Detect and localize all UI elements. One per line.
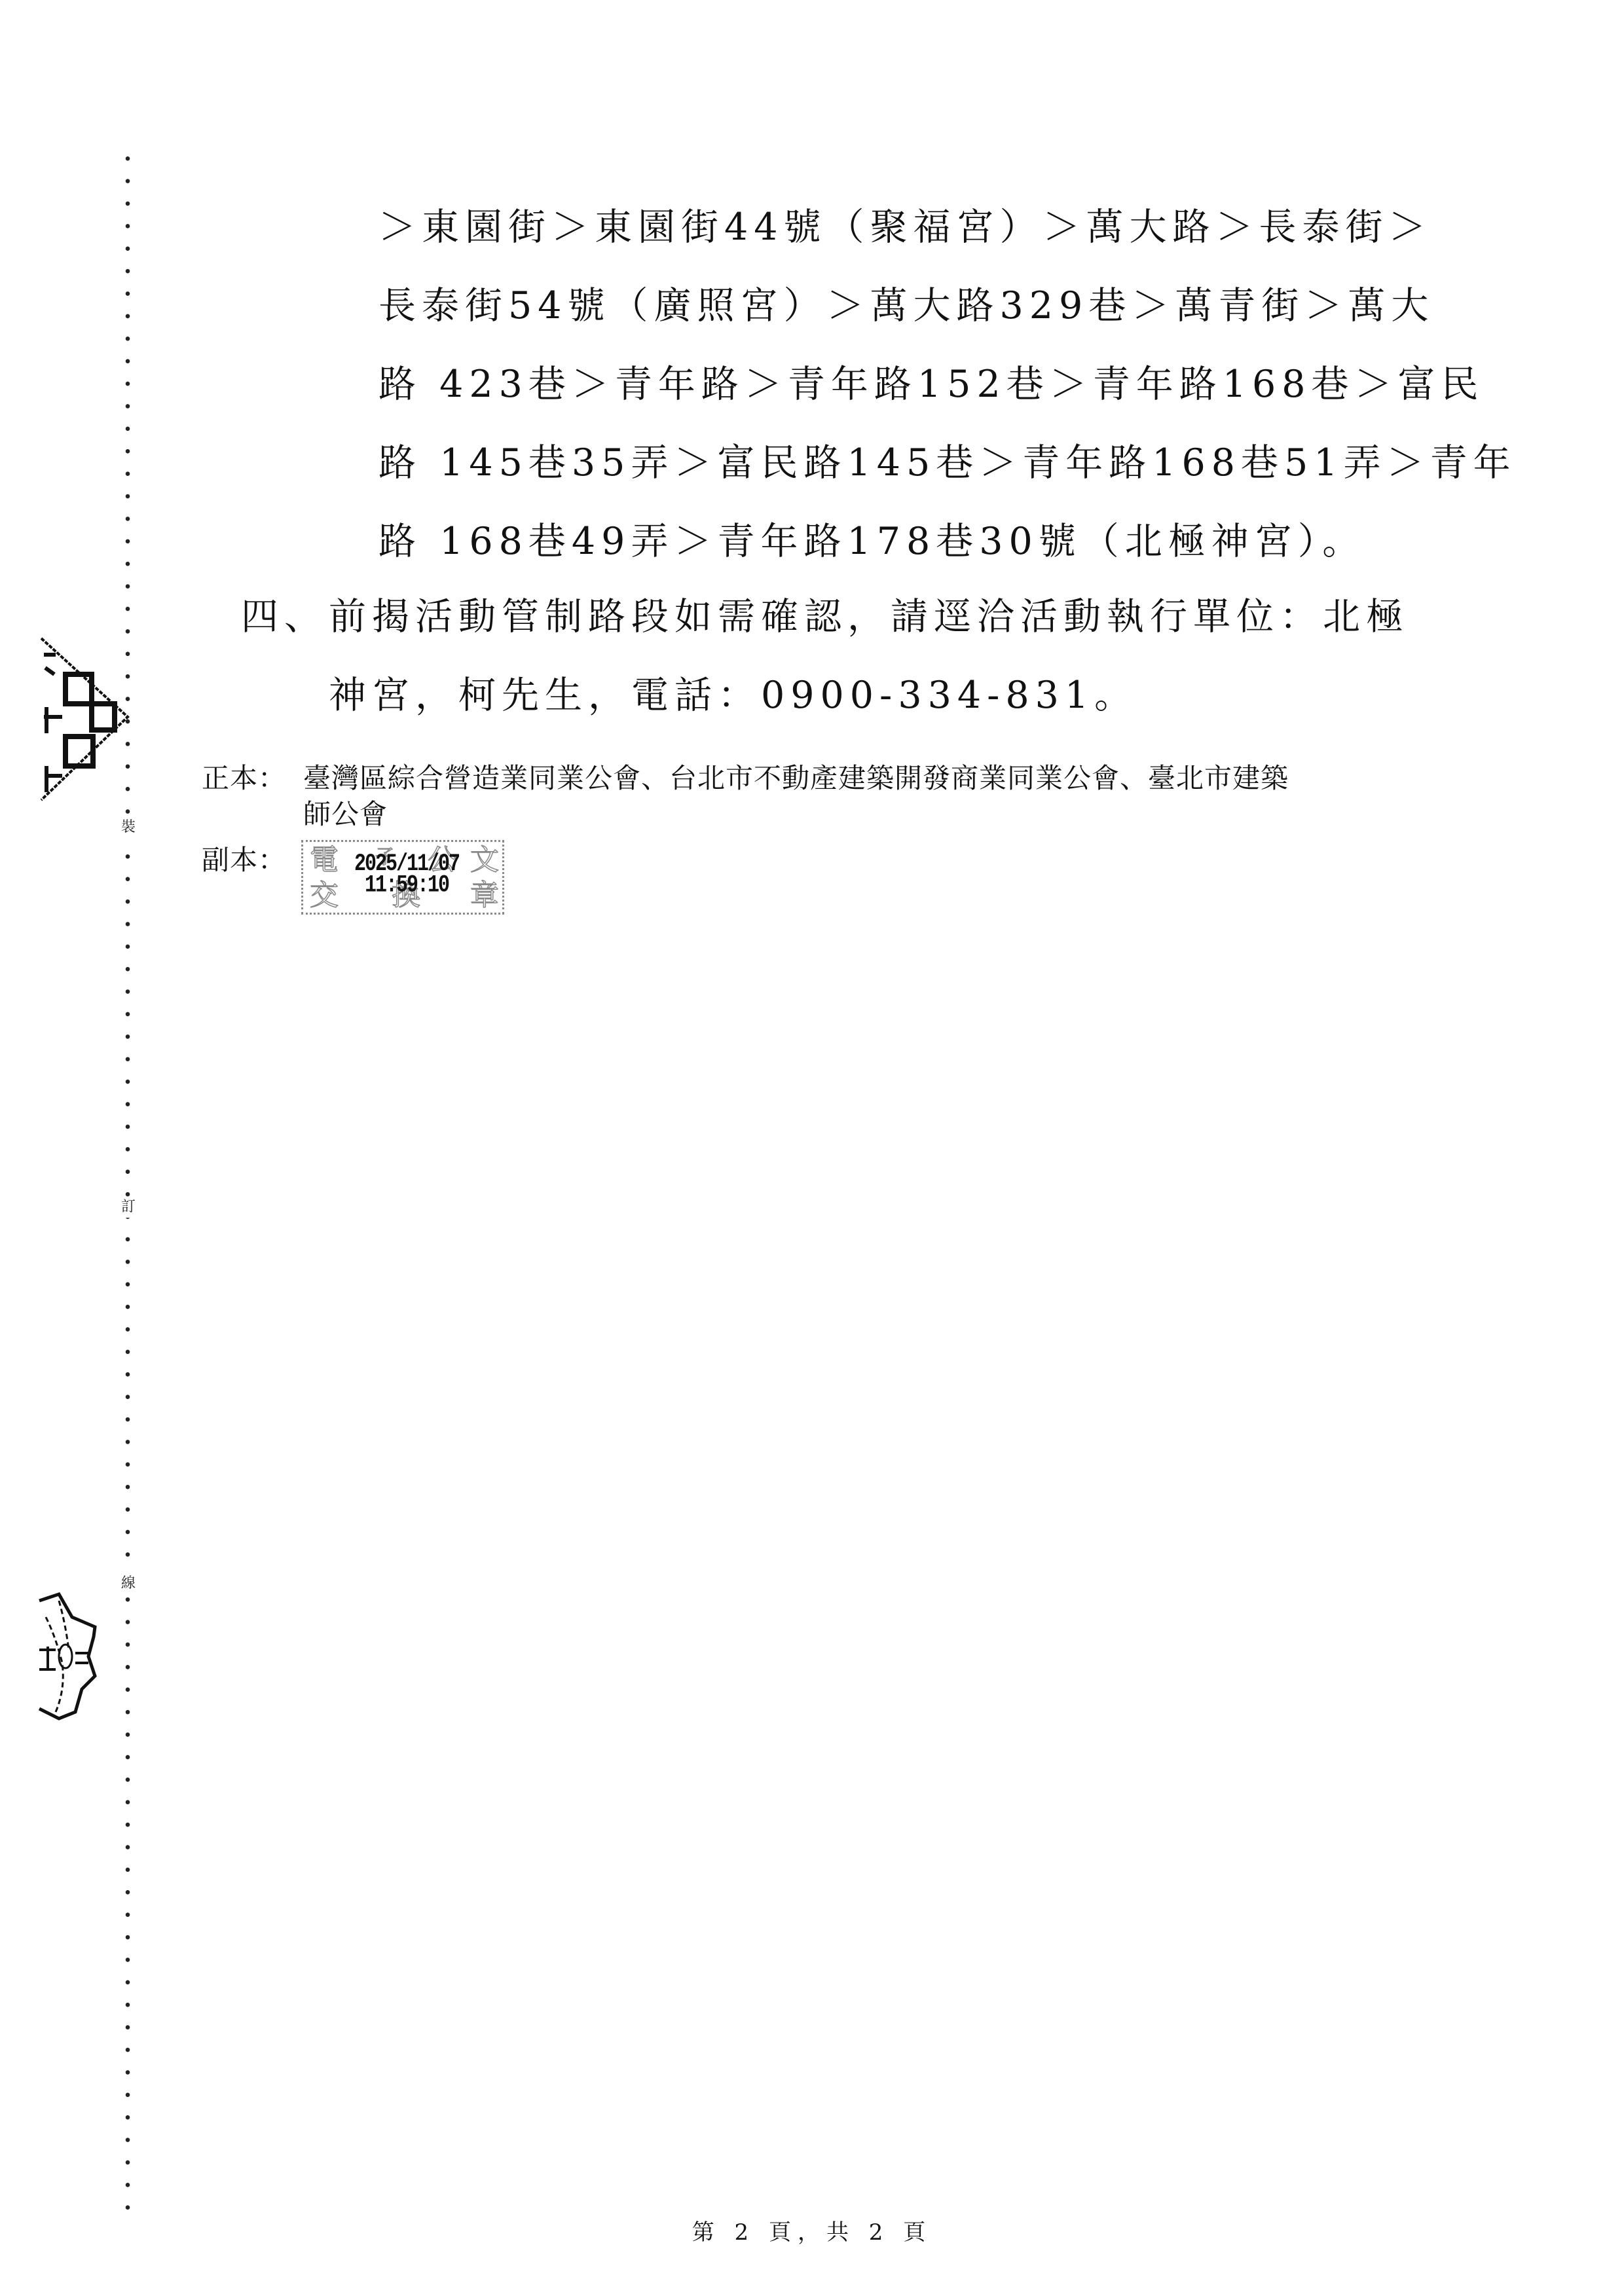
stamp-time: 11:59:10	[348, 875, 466, 897]
binding-label-xian: 線	[120, 1573, 137, 1594]
exchange-stamp: 電 子 公 文 交 換 章 2025/11/07 11:59:10	[301, 840, 504, 915]
route-line: ＞東園街＞東園街44號（聚福宮）＞萬大路＞長泰街＞	[378, 206, 1432, 248]
seam-seal-flower-icon	[36, 1591, 105, 1722]
seam-seal-triangle-icon	[36, 629, 131, 805]
stamp-datetime: 2025/11/07 11:59:10	[348, 854, 466, 896]
route-line: 路 168巷49弄＞青年路178巷30號（北極神宮）。	[378, 520, 1365, 562]
stamp-char: 交	[310, 881, 339, 910]
stamp-char: 章	[470, 881, 499, 910]
item-four-number: 四、	[241, 596, 327, 638]
route-line: 路 423巷＞青年路＞青年路152巷＞青年路168巷＞富民	[378, 363, 1485, 405]
item-four-line: 前揭活動管制路段如需確認，請逕洽活動執行單位：北極	[329, 596, 1409, 638]
binding-dotted-line	[123, 147, 132, 2216]
binding-label-zhuang: 裝	[120, 817, 137, 838]
binding-label-ding: 訂	[120, 1197, 137, 1218]
copy-recipients-label: 副本：	[202, 845, 286, 876]
stamp-char: 文	[470, 846, 499, 875]
route-line: 路 145巷35弄＞富民路145巷＞青年路168巷51弄＞青年	[378, 442, 1517, 484]
original-recipients-cont: 師公會	[303, 799, 388, 830]
original-recipients: 臺灣區綜合營造業同業公會、台北市不動產建築開發商業同業公會、臺北市建築	[303, 763, 1289, 794]
route-line: 長泰街54號（廣照宮）＞萬大路329巷＞萬青街＞萬大	[378, 285, 1434, 327]
stamp-char: 電	[310, 846, 339, 875]
item-four-line: 神宮，柯先生，電話：0900-334-831。	[329, 674, 1137, 716]
original-recipients-label: 正本：	[202, 763, 286, 794]
page-indicator: 第 2 頁，共 2 頁	[0, 2214, 1624, 2246]
